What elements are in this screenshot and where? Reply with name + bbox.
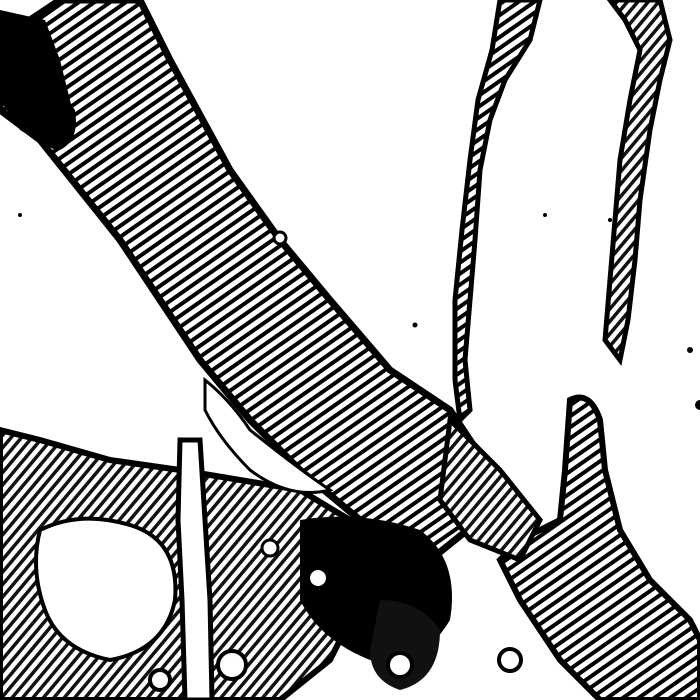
fibrous-structure-drawing: [0, 0, 700, 700]
lower-right-branch: [500, 398, 700, 700]
image-canvas: [0, 0, 700, 700]
right-thin-branch: [455, 0, 540, 420]
far-right-branch: [605, 0, 670, 360]
